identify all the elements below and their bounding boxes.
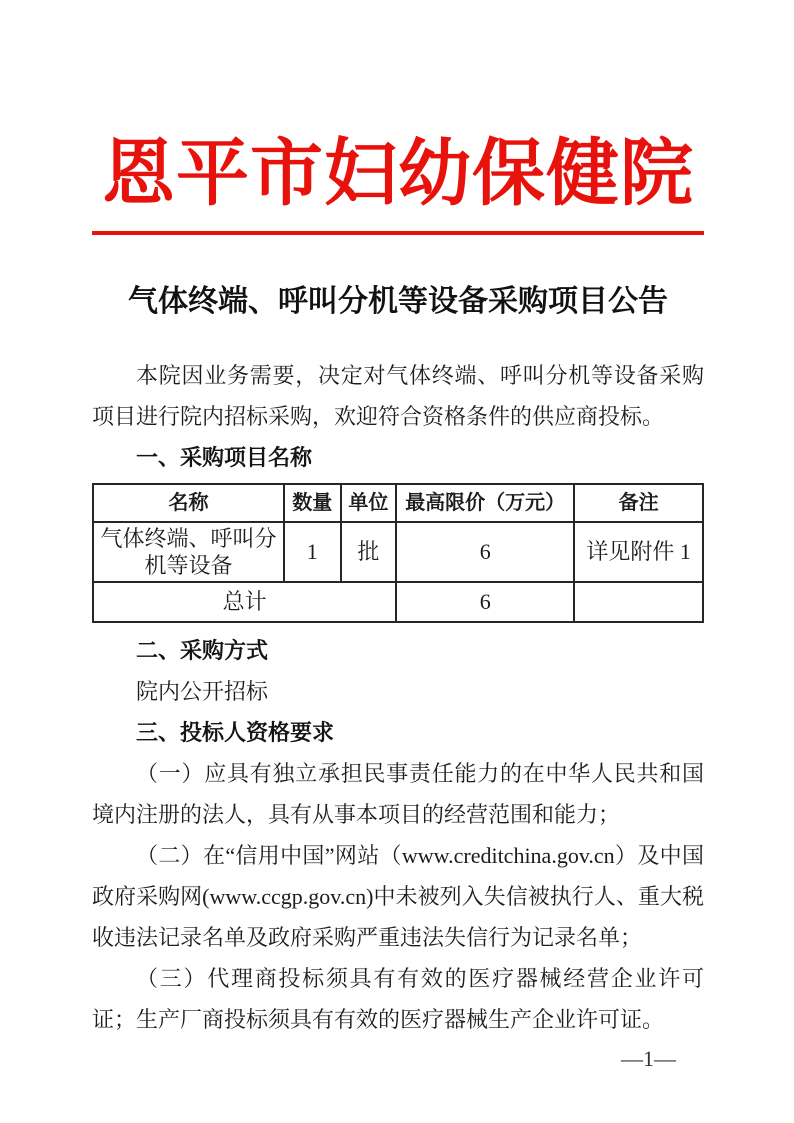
table-header-row: 名称 数量 单位 最高限价（万元） 备注 — [93, 484, 703, 522]
cell-total-max-price: 6 — [396, 582, 574, 622]
qualification-item-3: （三）代理商投标须具有有效的医疗器械经营企业许可证；生产厂商投标须具有有效的医疗… — [92, 958, 704, 1040]
document-page: 恩平市妇幼保健院 气体终端、呼叫分机等设备采购项目公告 本院因业务需要，决定对气… — [0, 0, 794, 1123]
cell-item-max-price: 6 — [396, 522, 574, 582]
cell-item-name: 气体终端、呼叫分机等设备 — [93, 522, 284, 582]
column-header-name: 名称 — [93, 484, 284, 522]
procurement-table: 名称 数量 单位 最高限价（万元） 备注 气体终端、呼叫分机等设备 1 批 6 … — [92, 483, 704, 623]
header-divider-rule — [92, 231, 704, 235]
org-title: 恩平市妇幼保健院 — [92, 130, 704, 218]
column-header-unit: 单位 — [341, 484, 397, 522]
document-body: 本院因业务需要，决定对气体终端、呼叫分机等设备采购项目进行院内招标采购，欢迎符合… — [92, 355, 704, 1074]
cell-total-note — [574, 582, 703, 622]
table-row-item: 气体终端、呼叫分机等设备 1 批 6 详见附件 1 — [93, 522, 703, 582]
procurement-method-text: 院内公开招标 — [92, 671, 704, 712]
cell-item-note: 详见附件 1 — [574, 522, 703, 582]
cell-item-unit: 批 — [341, 522, 397, 582]
section-2-heading: 二、采购方式 — [92, 630, 704, 671]
intro-paragraph: 本院因业务需要，决定对气体终端、呼叫分机等设备采购项目进行院内招标采购，欢迎符合… — [92, 355, 704, 437]
qualification-item-2: （二）在“信用中国”网站（www.creditchina.gov.cn）及中国政… — [92, 835, 704, 958]
column-header-note: 备注 — [574, 484, 703, 522]
table-row-total: 总计 6 — [93, 582, 703, 622]
column-header-quantity: 数量 — [284, 484, 341, 522]
section-1-heading: 一、采购项目名称 — [92, 437, 704, 478]
page-number: —1— — [92, 1044, 704, 1074]
column-header-max-price: 最高限价（万元） — [396, 484, 574, 522]
qualification-item-1: （一）应具有独立承担民事责任能力的在中华人民共和国境内注册的法人，具有从事本项目… — [92, 753, 704, 835]
cell-item-quantity: 1 — [284, 522, 341, 582]
cell-total-label: 总计 — [93, 582, 396, 622]
section-3-heading: 三、投标人资格要求 — [92, 712, 704, 753]
announcement-title: 气体终端、呼叫分机等设备采购项目公告 — [92, 285, 704, 319]
